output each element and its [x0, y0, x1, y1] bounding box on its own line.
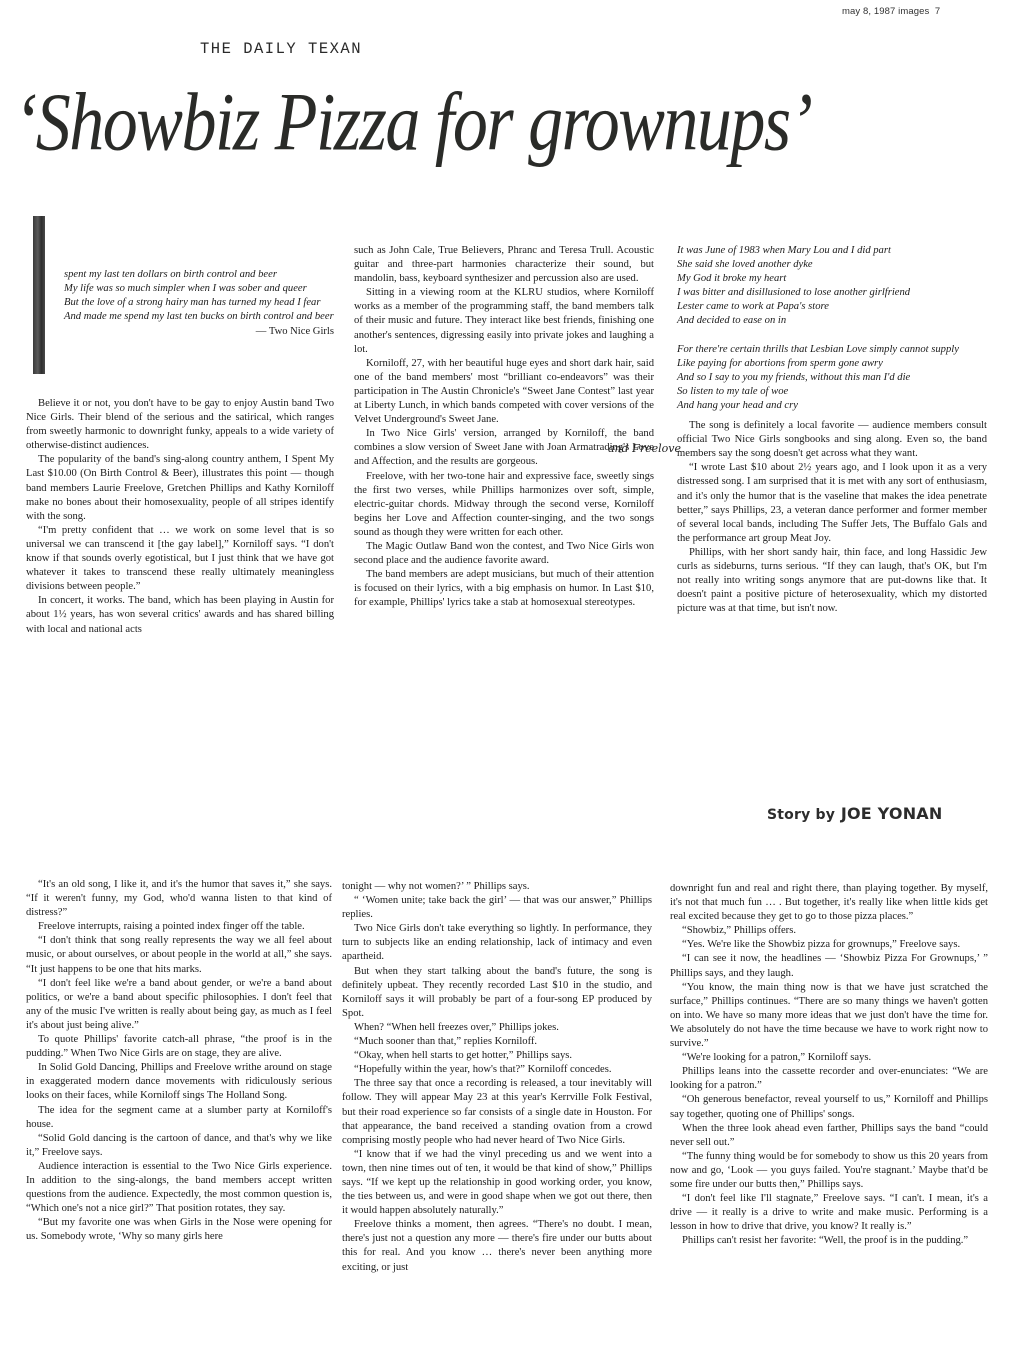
paragraph: “We're looking for a patron,” Korniloff … — [670, 1051, 988, 1065]
headline: ‘Showbiz Pizza for grownups’ — [14, 82, 1014, 165]
top-column-1: Believe it or not, you don't have to be … — [26, 397, 334, 637]
paragraph: In concert, it works. The band, which ha… — [26, 594, 334, 636]
paragraph: “Oh generous benefactor, reveal yourself… — [670, 1093, 988, 1121]
bottom-column-3: downright fun and real and right there, … — [670, 882, 988, 1248]
top-column-2: such as John Cale, True Believers, Phran… — [354, 244, 654, 610]
paragraph: Freelove, with her two-tone hair and exp… — [354, 470, 654, 540]
song-lyrics: It was June of 1983 when Mary Lou and I … — [677, 244, 987, 413]
paragraph: The idea for the segment came at a slumb… — [26, 1104, 332, 1132]
paragraph: “The funny thing would be for somebody t… — [670, 1150, 988, 1192]
paragraph: When? “When hell freezes over,” Phillips… — [342, 1021, 652, 1035]
top-column-3: It was June of 1983 when Mary Lou and I … — [677, 244, 987, 616]
paragraph: “It's an old song, I like it, and it's t… — [26, 878, 332, 920]
paragraph: “I know that if we had the vinyl precedi… — [342, 1148, 652, 1218]
paragraph: The popularity of the band's sing-along … — [26, 453, 334, 523]
lyric-line: She said she loved another dyke — [677, 258, 987, 272]
paragraph: “Okay, when hell starts to get hotter,” … — [342, 1049, 652, 1063]
paragraph: “I wrote Last $10 about 2½ years ago, an… — [677, 461, 987, 546]
epigraph-credit: — Two Nice Girls — [64, 325, 334, 339]
lyric-line: Lester came to work at Papa's store — [677, 300, 987, 314]
paragraph: “ ‘Women unite; take back the girl’ — th… — [342, 894, 652, 922]
paragraph: “You know, the main thing now is that we… — [670, 981, 988, 1051]
bottom-column-1: “It's an old song, I like it, and it's t… — [26, 878, 332, 1244]
page-meta: may 8, 1987 images 7 — [842, 6, 940, 17]
lyric-line: And so I say to you my friends, without … — [677, 371, 987, 385]
paragraph: tonight — why not women?’ ” Phillips say… — [342, 880, 652, 894]
drop-cap-bar — [33, 216, 45, 374]
epigraph: spent my last ten dollars on birth contr… — [64, 268, 334, 349]
paragraph: The band members are adept musicians, bu… — [354, 568, 654, 610]
paragraph: “I don't feel like we're a band about ge… — [26, 977, 332, 1033]
paragraph: Believe it or not, you don't have to be … — [26, 397, 334, 453]
lyric-line: I was bitter and disillusioned to lose a… — [677, 286, 987, 300]
paragraph: Phillips can't resist her favorite: “Wel… — [670, 1234, 988, 1248]
paragraph: Audience interaction is essential to the… — [26, 1160, 332, 1216]
page-number: 7 — [935, 6, 940, 17]
lyric-line: My God it broke my heart — [677, 272, 987, 286]
lyric-line: So listen to my tale of woe — [677, 385, 987, 399]
paragraph: Phillips, with her short sandy hair, thi… — [677, 546, 987, 616]
paragraph: Sitting in a viewing room at the KLRU st… — [354, 286, 654, 356]
byline-author: JOE YONAN — [841, 804, 943, 823]
handwritten-note: and Freelove — [608, 442, 681, 455]
paragraph: But when they start talking about the ba… — [342, 965, 652, 1021]
paragraph: “Yes. We're like the Showbiz pizza for g… — [670, 938, 988, 952]
paragraph: In Solid Gold Dancing, Phillips and Free… — [26, 1061, 332, 1103]
paragraph: To quote Phillips' favorite catch-all ph… — [26, 1033, 332, 1061]
paragraph: “I can see it now, the headlines — ‘Show… — [670, 952, 988, 980]
paragraph: Two Nice Girls don't take everything so … — [342, 922, 652, 964]
lyric-line: And decided to ease on in — [677, 314, 987, 328]
paragraph: Phillips leans into the cassette recorde… — [670, 1065, 988, 1093]
paragraph: The song is definitely a local favorite … — [677, 419, 987, 461]
paragraph: such as John Cale, True Believers, Phran… — [354, 244, 654, 286]
byline-prefix: Story by — [767, 807, 835, 823]
lyric-line: And hang your head and cry — [677, 399, 987, 413]
lyric-line: spent my last ten dollars on birth contr… — [64, 268, 334, 282]
paragraph: “Hopefully within the year, how's that?”… — [342, 1063, 652, 1077]
paragraph: “Much sooner than that,” replies Kornilo… — [342, 1035, 652, 1049]
paragraph: The three say that once a recording is r… — [342, 1077, 652, 1147]
paragraph: downright fun and real and right there, … — [670, 882, 988, 924]
paragraph: Freelove interrupts, raising a pointed i… — [26, 920, 332, 934]
lyric-line: Like paying for abortions from sperm gon… — [677, 357, 987, 371]
paragraph: “I'm pretty confident that … we work on … — [26, 524, 334, 594]
lyric-line: My life was so much simpler when I was s… — [64, 282, 334, 296]
lyric-line: And made me spend my last ten bucks on b… — [64, 310, 334, 324]
paragraph: “Solid Gold dancing is the cartoon of da… — [26, 1132, 332, 1160]
lyric-line: It was June of 1983 when Mary Lou and I … — [677, 244, 987, 258]
lyric-line: But the love of a strong hairy man has t… — [64, 296, 334, 310]
date-section: may 8, 1987 images — [842, 6, 929, 17]
paragraph: “I don't think that song really represen… — [26, 934, 332, 976]
paragraph: When the three look ahead even farther, … — [670, 1122, 988, 1150]
epigraph-lyrics: spent my last ten dollars on birth contr… — [64, 268, 334, 324]
bottom-column-2: tonight — why not women?’ ” Phillips say… — [342, 880, 652, 1275]
paragraph: Freelove thinks a moment, then agrees. “… — [342, 1218, 652, 1274]
byline: Story by JOE YONAN — [767, 804, 942, 823]
paragraph: “Showbiz,” Phillips offers. — [670, 924, 988, 938]
lyric-line: For there're certain thrills that Lesbia… — [677, 343, 987, 357]
paragraph: Korniloff, 27, with her beautiful huge e… — [354, 357, 654, 427]
masthead: THE DAILY TEXAN — [200, 40, 362, 58]
paragraph: The Magic Outlaw Band won the contest, a… — [354, 540, 654, 568]
paragraph: “But my favorite one was when Girls in t… — [26, 1216, 332, 1244]
paragraph: “I don't feel like I'll stagnate,” Freel… — [670, 1192, 988, 1234]
